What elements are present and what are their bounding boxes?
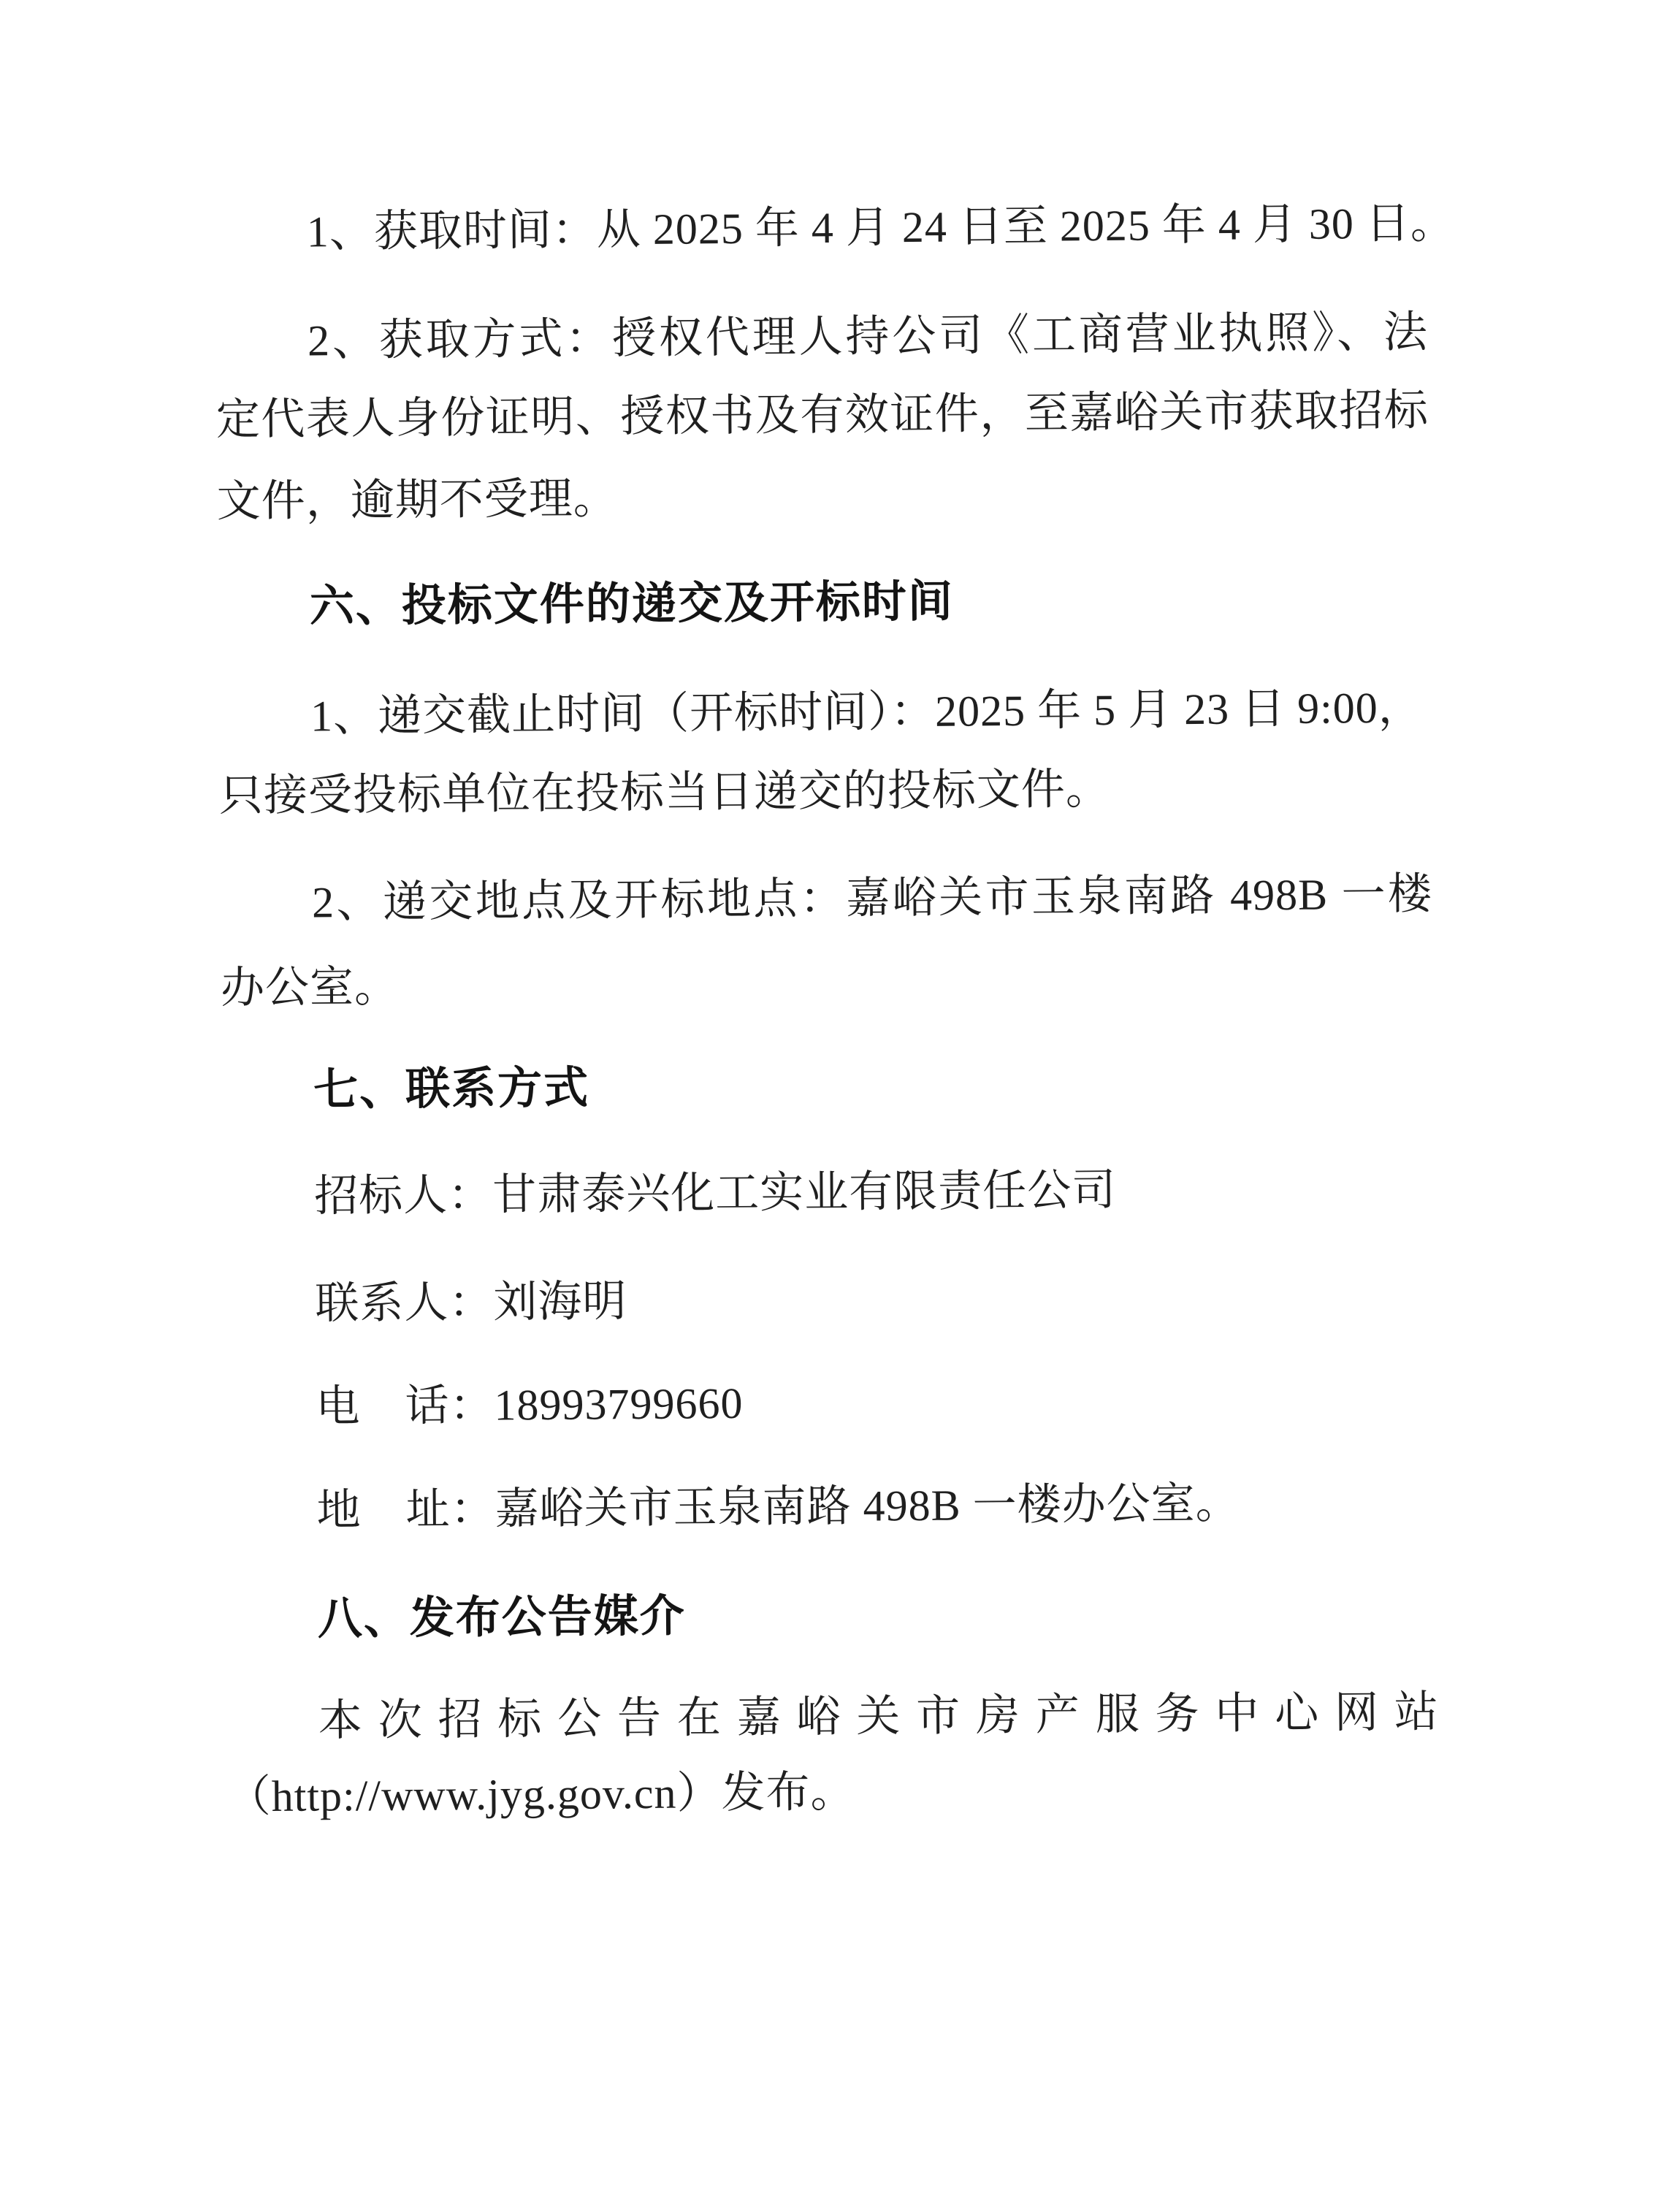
document-page: 1、获取时间：从 2025 年 4 月 24 日至 2025 年 4 月 30 … <box>0 0 1661 2212</box>
heading-section-six: 六、投标文件的递交及开标时间 <box>218 572 1430 633</box>
clause-location-line-2: 办公室。 <box>221 953 1433 1013</box>
clause-location-line-1: 2、递交地点及开标地点：嘉峪关市玉泉南路 498B 一楼 <box>220 869 1432 928</box>
clause-obtain-method-line-1: 2、获取方式：授权代理人持公司《工商营业执照》、法 <box>215 308 1428 367</box>
contact-tenderer: 招标人：甘肃泰兴化工实业有限责任公司 <box>222 1162 1435 1222</box>
contact-phone: 电 话：18993799660 <box>224 1373 1436 1433</box>
clause-deadline-line-2: 只接受投标单位在投标当日递交的投标文件。 <box>219 761 1432 821</box>
heading-section-seven: 七、联系方式 <box>221 1056 1434 1116</box>
clause-obtain-method-line-3: 文件，逾期不受理。 <box>216 468 1429 527</box>
clause-obtain-method-line-2: 定代表人身份证明、授权书及有效证件，至嘉峪关市获取招标 <box>216 386 1429 446</box>
clause-deadline-line-1: 1、递交截止时间（开标时间）：2025 年 5 月 23 日 9:00， <box>218 682 1431 742</box>
publish-media-line-1: 本次招标公告在嘉峪关市房产服务中心网站 <box>226 1687 1439 1747</box>
contact-person: 联系人：刘海明 <box>223 1270 1435 1330</box>
publish-media-line-2: （http://www.jyg.gov.cn）发布。 <box>226 1762 1439 1822</box>
clause-obtain-time: 1、获取时间：从 2025 年 4 月 24 日至 2025 年 4 月 30 … <box>215 199 1427 259</box>
heading-section-eight: 八、发布公告媒介 <box>226 1584 1438 1645</box>
contact-address: 地 址：嘉峪关市玉泉南路 498B 一楼办公室。 <box>224 1476 1437 1536</box>
document-text-block: 1、获取时间：从 2025 年 4 月 24 日至 2025 年 4 月 30 … <box>213 0 1443 2212</box>
